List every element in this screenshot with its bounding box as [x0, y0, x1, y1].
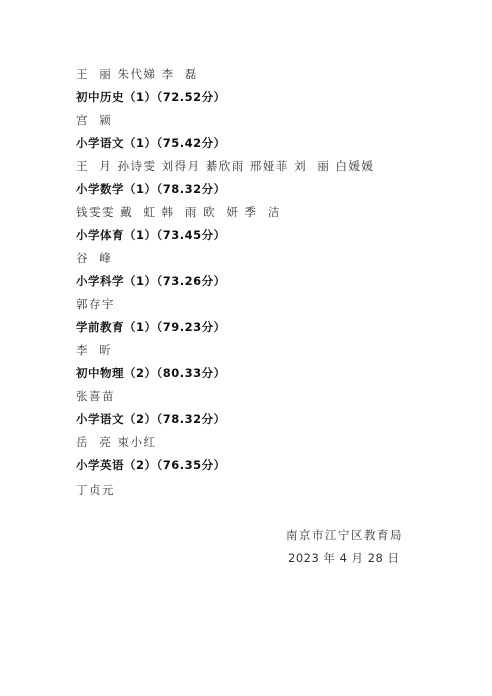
names-line: 钱雯雯 戴 虹 韩 雨 欧 妍 季 洁 — [76, 204, 281, 220]
subject-heading: 小学数学（1）（78.32分） — [76, 181, 226, 197]
subject-heading: 初中历史（1）（72.52分） — [76, 89, 226, 105]
subject-heading: 初中物理（2）（80.33分） — [76, 365, 226, 381]
subject-heading: 小学英语（2）（76.35分） — [76, 457, 226, 473]
names-line: 谷 峰 — [76, 250, 112, 266]
names-line: 岳 亮 束小红 — [76, 434, 156, 450]
names-line: 丁贞元 — [76, 482, 115, 498]
issue-date: 2023 年 4 月 28 日 — [288, 550, 400, 566]
names-line: 郭存宇 — [76, 296, 115, 312]
names-line: 王 丽 朱代娣 李 磊 — [76, 66, 198, 82]
subject-heading: 小学科学（1）（73.26分） — [76, 273, 226, 289]
document-page: 王 丽 朱代娣 李 磊 初中历史（1）（72.52分） 宫 颍 小学语文（1）（… — [0, 0, 492, 696]
names-line: 张喜苗 — [76, 388, 115, 404]
subject-heading: 小学语文（1）（75.42分） — [76, 135, 226, 151]
subject-heading: 学前教育（1）（79.23分） — [76, 319, 226, 335]
names-line: 王 月 孙诗雯 刘得月 綦欣雨 邢娅菲 刘 丽 白媛媛 — [76, 158, 375, 174]
subject-heading: 小学体育（1）（73.45分） — [76, 227, 226, 243]
issuing-organization: 南京市江宁区教育局 — [286, 527, 403, 543]
subject-heading: 小学语文（2）（78.32分） — [76, 411, 226, 427]
names-line: 宫 颍 — [76, 112, 112, 128]
names-line: 李 昕 — [76, 342, 112, 358]
